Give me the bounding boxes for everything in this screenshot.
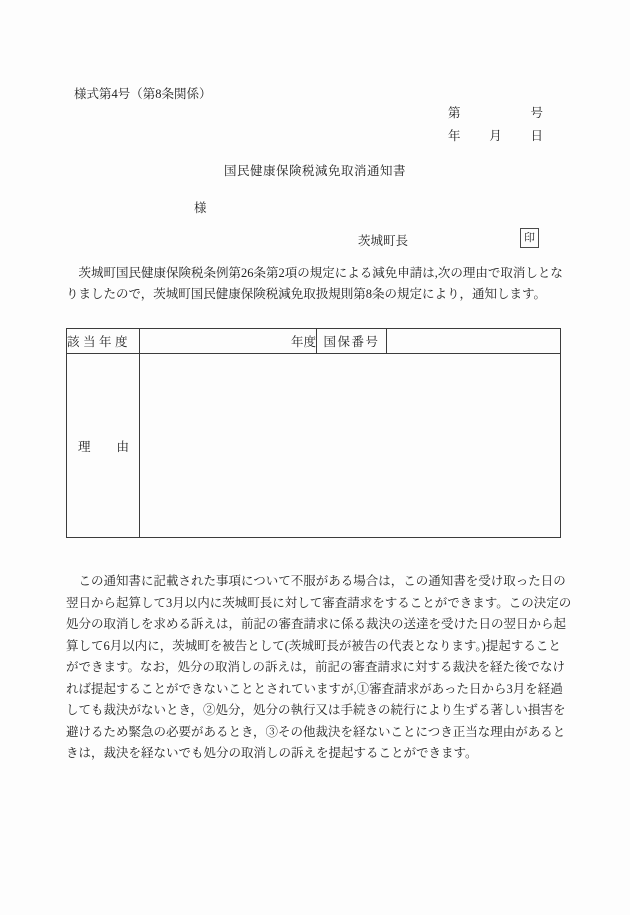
document-number-prefix: 第	[448, 103, 461, 124]
appeal-line: 避けるため緊急の必要があるとき，③その他裁決を経ないことにつき正当な理由があると	[66, 722, 566, 744]
issuer-name: 茨城町長	[358, 231, 408, 252]
reason-label-char: 由	[116, 437, 129, 455]
form-number: 様式第4号（第8条関係）	[74, 84, 212, 105]
reason-label-char: 理	[78, 437, 91, 455]
date-line: 年 月 日	[448, 126, 543, 147]
notice-body-line: 茨城町国民健康保険税条例第26条第2項の規定による減免申請は,次の理由で取消しと…	[66, 263, 566, 284]
date-month-label: 月	[489, 126, 502, 147]
document-number-suffix: 号	[530, 103, 543, 124]
date-day-label: 日	[530, 126, 543, 147]
appeal-line: れば提起することができないこととされていますが,①審査請求があった日から3月を経…	[66, 679, 566, 701]
appeal-line: きは，裁決を経ないでも処分の取消しの訴えを提起することができます。	[66, 743, 566, 765]
table-header-row: 該当年度 年度 国保番号	[67, 329, 561, 354]
notice-body-paragraph: 茨城町国民健康保険税条例第26条第2項の規定による減免申請は,次の理由で取消しと…	[66, 263, 566, 305]
appeal-line: この通知書に記載された事項について不服がある場合は，この通知書を受け取った日の	[66, 571, 566, 593]
seal-placeholder-icon: 印	[520, 228, 539, 248]
seal-character: 印	[524, 233, 535, 244]
notice-table-container: 該当年度 年度 国保番号 理 由	[66, 328, 561, 538]
insurance-number-value-cell	[387, 329, 561, 354]
reason-value-cell	[140, 354, 561, 538]
applicable-year-header-cell: 該当年度	[67, 329, 140, 354]
fiscal-year-label-cell: 年度	[140, 329, 317, 354]
notice-body-line: りましたので，茨城町国民健康保険税減免取扱規則第8条の規定により，通知します。	[66, 284, 566, 305]
appeal-instructions-paragraph: この通知書に記載された事項について不服がある場合は，この通知書を受け取った日の …	[66, 571, 566, 765]
insurance-number-header-cell: 国保番号	[317, 329, 387, 354]
appeal-line: ができます。なお，処分の取消しの訴えは，前記の審査請求に対する裁決を経た後でなけ	[66, 657, 566, 679]
appeal-line: しても裁決がないとき，②処分，処分の執行又は手続きの続行により生ずる著しい損害を	[66, 700, 566, 722]
addressee-honorific: 様	[194, 198, 207, 219]
reason-label: 理 由	[67, 437, 139, 455]
notice-document-page: 様式第4号（第8条関係） 第 号 年 月 日 国民健康保険税減免取消通知書 様 …	[0, 0, 630, 915]
appeal-line: 処分の取消しを求める訴えは，前記の審査請求に係る裁決の送達を受けた日の翌日から起	[66, 614, 566, 636]
document-title: 国民健康保険税減免取消通知書	[0, 161, 630, 182]
reason-row: 理 由	[67, 354, 561, 538]
notice-table: 該当年度 年度 国保番号 理 由	[66, 328, 561, 538]
date-year-label: 年	[448, 126, 461, 147]
document-number-line: 第 号	[448, 103, 543, 124]
appeal-line: 翌日から起算して3月以内に茨城町長に対して審査請求をすることができます。この決定…	[66, 593, 566, 615]
reason-label-cell: 理 由	[67, 354, 140, 538]
appeal-line: 算して6月以内に，茨城町を被告として(茨城町長が被告の代表となります。)提起する…	[66, 636, 566, 658]
